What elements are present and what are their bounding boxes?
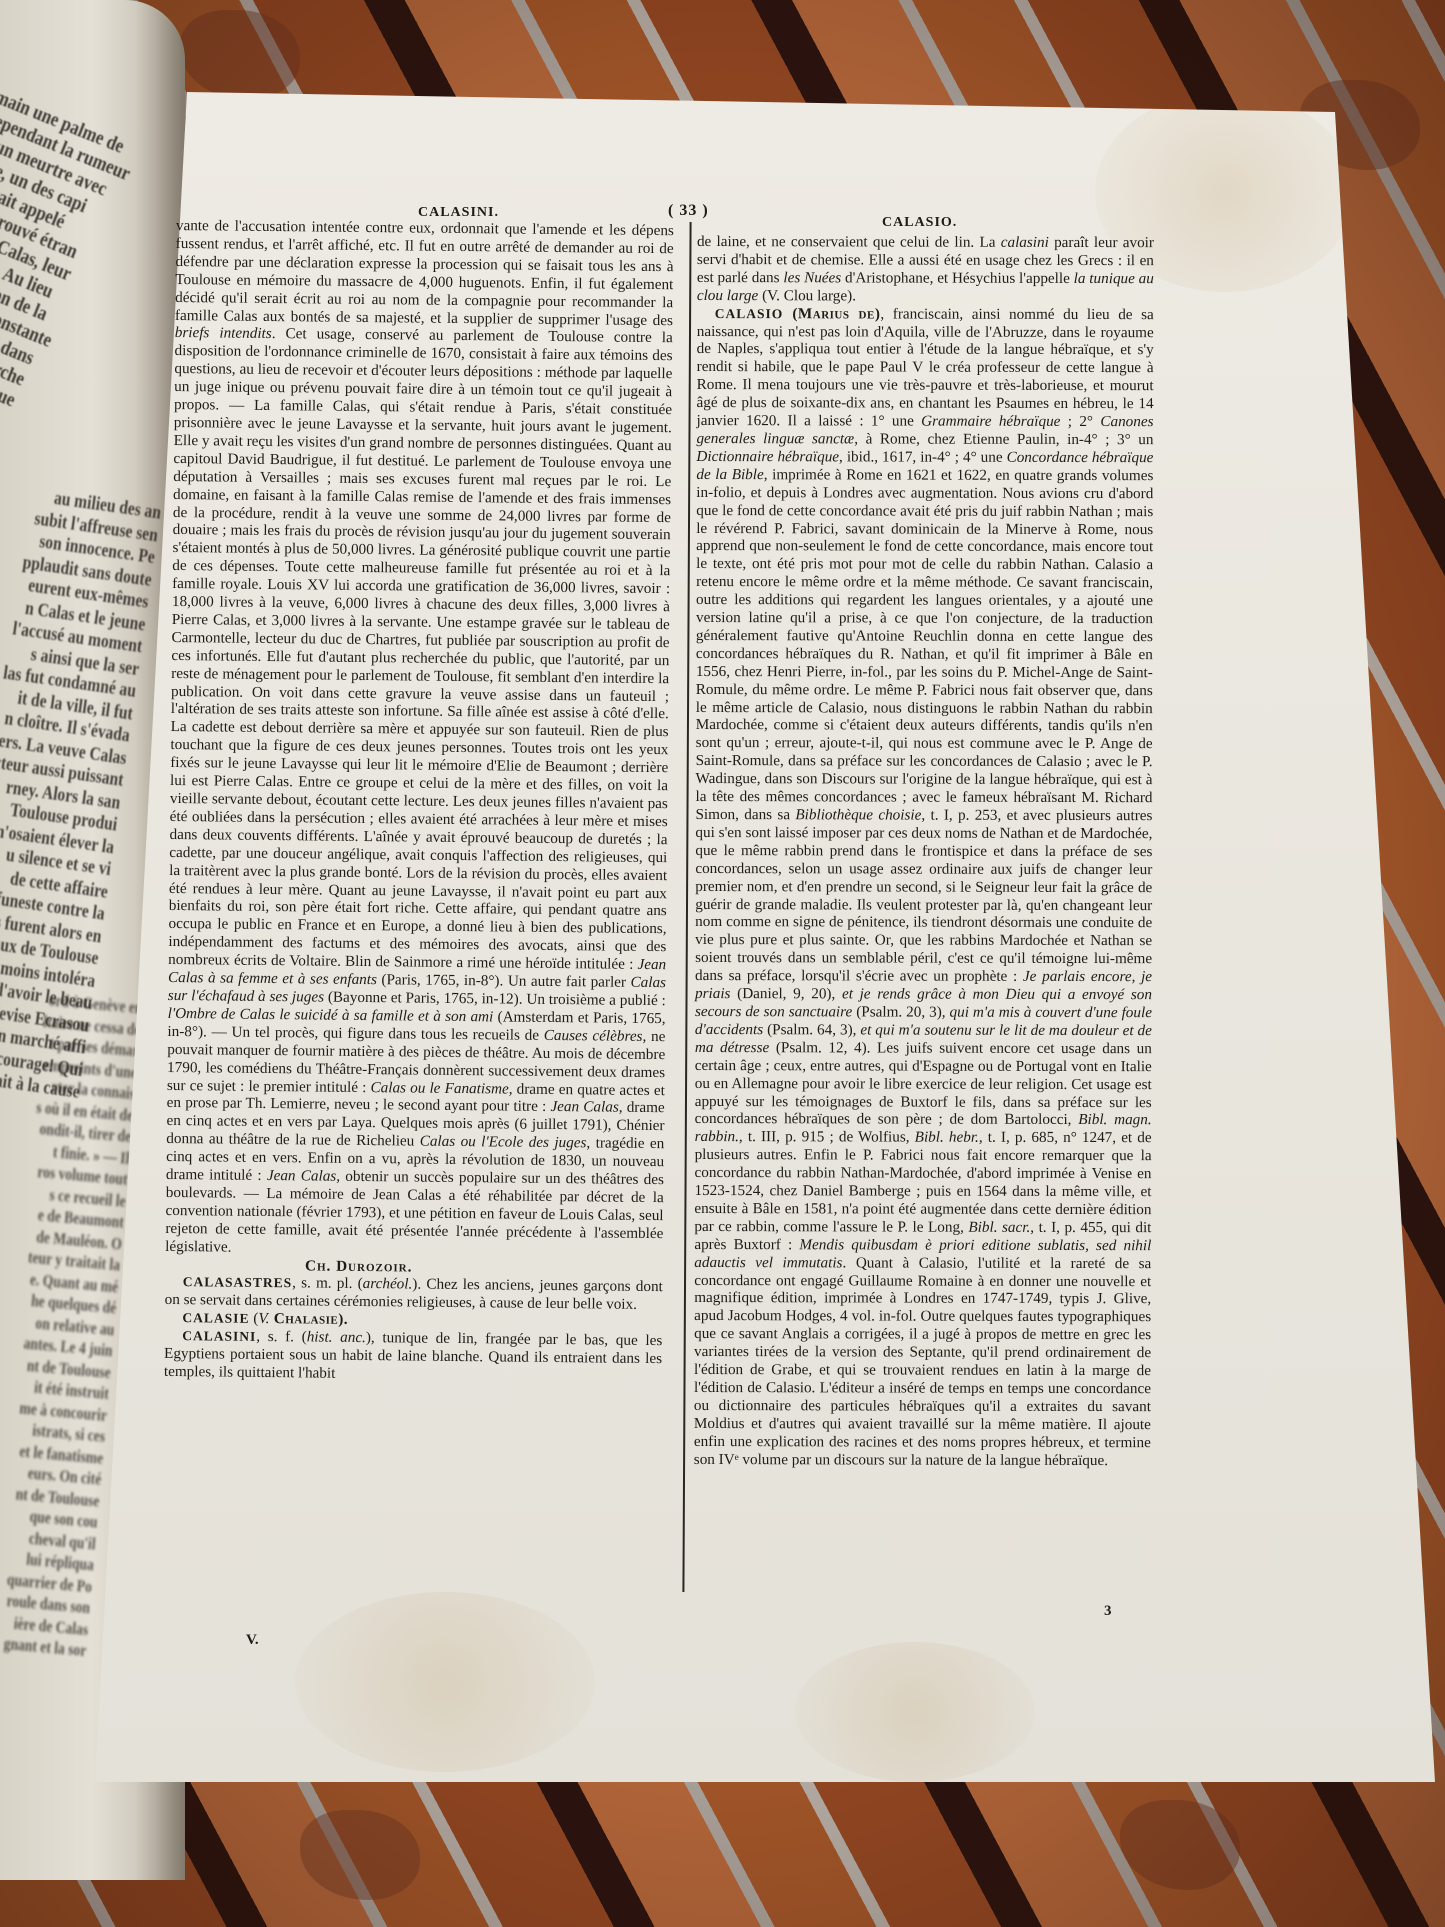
text-run: (Psalm. 20, 3),: [852, 1003, 949, 1020]
italic-title: les Nuées: [783, 269, 841, 286]
text-run: (Psalm. 64, 3),: [763, 1021, 860, 1038]
italic-title: Causes célèbres: [544, 1027, 643, 1045]
italic-title: Calas ou le Fanatisme: [370, 1079, 508, 1097]
italic-title: Jean Calas: [267, 1167, 337, 1185]
text-run: , à Rome, chez Etienne Paulin, in-4° ; 3…: [854, 430, 1153, 448]
signature-mark-right: 3: [1104, 1603, 1112, 1620]
text-run: . Cet usage, conservé au parlement de To…: [168, 325, 673, 973]
headword: CALASIO: [715, 306, 784, 321]
text-run: (Daniel, 9, 20),: [730, 985, 842, 1002]
running-head-right: CALASIO.: [882, 215, 957, 231]
entry-calasini: CALASINI, s. f. (hist. anc.), tunique de…: [164, 1327, 663, 1386]
headword: CALASIE: [182, 1310, 249, 1326]
italic-title: Dictionnaire hébraïque: [696, 448, 839, 465]
italic-title: Jean Calas: [550, 1098, 618, 1116]
column-divider: [682, 222, 691, 1592]
text-run: . Quant à Calasio, l'utilité et la raret…: [694, 1254, 1152, 1469]
text-run: vante de l'accusation intentée contre eu…: [175, 217, 674, 329]
italic-title: briefs intendits: [175, 324, 272, 342]
text-run: (Paris, 1765, in-8°). Un autre fait parl…: [377, 971, 631, 991]
text-run: ; 2°: [1060, 413, 1100, 430]
headword: CALASASTRES: [183, 1275, 292, 1291]
author-signature: Ch. Durozoir.: [305, 1257, 413, 1276]
text-run: , ibid., 1617, in-4° ; 4° une: [839, 448, 1007, 465]
italic-title: Calas ou l'Ecole des juges: [420, 1133, 587, 1152]
entry-calasastres: CALASASTRES, s. m. pl. (archéol.). Chez …: [165, 1273, 663, 1314]
calas-article-conclusion: vante de l'accusation intentée contre eu…: [165, 217, 674, 1261]
person-name: (Marius de): [783, 305, 880, 322]
right-column: de laine, et ne conservaient que celui d…: [694, 233, 1154, 1470]
italic-title: Bibliothèque choisie: [795, 806, 921, 823]
italic-title: calasini: [1001, 234, 1049, 251]
text-run: d'Aristophane, et Hésychius l'appelle: [841, 269, 1074, 287]
page-content: CALASINI. ( 33 ) CALASIO. vante de l'acc…: [0, 0, 1445, 1927]
text-run: de laine, et ne conservaient que celui d…: [697, 233, 1001, 251]
text-run: , imprimée à Rome en 1621 et 1622, en qu…: [695, 466, 1153, 823]
left-column: vante de l'accusation intentée contre eu…: [164, 217, 674, 1386]
calasini-continuation: de laine, et ne conservaient que celui d…: [697, 233, 1154, 306]
text-run: , t. I, p. 253, et avec plusieurs autres…: [695, 807, 1152, 985]
signature-mark-left: V.: [246, 1632, 259, 1649]
entry-calasio: CALASIO (Marius de), franciscain, ainsi …: [694, 305, 1154, 1470]
running-head-left: CALASINI.: [418, 205, 499, 221]
page-number: ( 33 ): [668, 202, 709, 220]
italic-title: Grammaire hébraïque: [921, 413, 1060, 430]
text-run: , t. III, p. 915 ; de Wolfius,: [739, 1128, 915, 1145]
italic-title: l'Ombre de Calas le suicidé à sa famille…: [168, 1005, 494, 1025]
text-run: , franciscain, ainsi nommé du lieu de sa…: [696, 305, 1153, 430]
headword: CALASINI: [182, 1328, 256, 1344]
italic-title: Bibl. sacr.: [968, 1219, 1030, 1236]
text-run: (V. Clou large).: [758, 287, 856, 304]
italic-title: Bibl. hebr.: [915, 1129, 979, 1146]
